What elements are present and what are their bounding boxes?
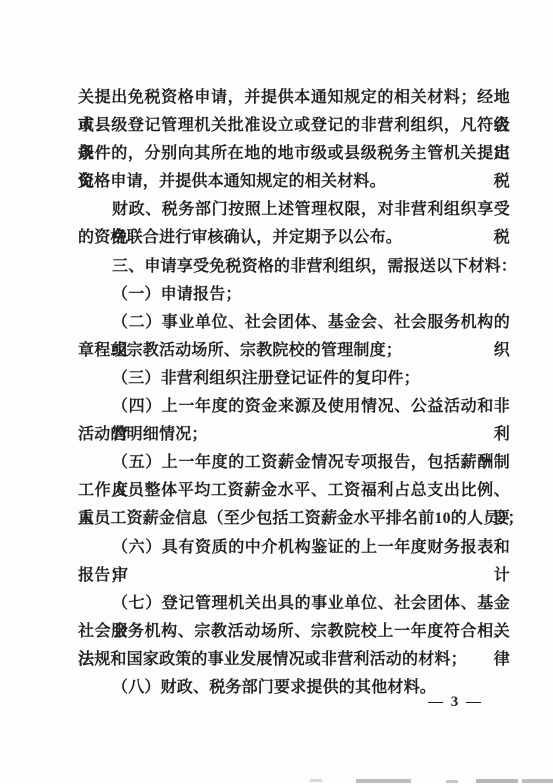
- paragraph: 关提出免税资格申请，并提供本通知规定的相关材料；经地市级或县级登记管理机关批准设…: [78, 84, 510, 196]
- paragraph: （三）非营利组织注册登记证件的复印件；: [78, 365, 510, 393]
- text-line: （一）申请报告；: [78, 281, 510, 309]
- scan-edge-artifact: [476, 779, 518, 783]
- text-line: （六）具有资质的中介机构鉴证的上一年度财务报表和审计: [78, 534, 510, 562]
- text-line: （五）上一年度的工资薪金情况专项报告，包括薪酬制度、: [78, 449, 510, 477]
- text-line: 财政、税务部门按照上述管理权限，对非营利组织享受免税: [78, 196, 510, 224]
- text-line: （三）非营利组织注册登记证件的复印件；: [78, 365, 510, 393]
- text-line: （四）上一年度的资金来源及使用情况、公益活动和非营利: [78, 393, 510, 421]
- paragraph: （六）具有资质的中介机构鉴证的上一年度财务报表和审计报告；: [78, 534, 510, 590]
- paragraph: （一）申请报告；: [78, 281, 510, 309]
- page-number: — 3 —: [428, 694, 483, 711]
- text-line: （二）事业单位、社会团体、基金会、社会服务机构的组织: [78, 309, 510, 337]
- scan-edge-artifact: [310, 779, 322, 782]
- text-line: 人员工资薪金信息（至少包括工资薪金水平排名前10的人员）；: [78, 505, 510, 533]
- paragraph: 三、申请享受免税资格的非营利组织，需报送以下材料：: [78, 253, 510, 281]
- scan-edge-artifact: [446, 780, 458, 783]
- paragraph: （四）上一年度的资金来源及使用情况、公益活动和非营利活动的明细情况；: [78, 393, 510, 449]
- paragraph: 财政、税务部门按照上述管理权限，对非营利组织享受免税的资格联合进行审核确认，并定…: [78, 196, 510, 252]
- text-line: 工作人员整体平均工资薪金水平、工资福利占总支出比例、重要: [78, 477, 510, 505]
- text-line: 法规和国家政策的事业发展情况或非营利活动的材料；: [78, 646, 510, 674]
- text-line: （七）登记管理机关出具的事业单位、社会团体、基金会、: [78, 590, 510, 618]
- text-line: 社会服务机构、宗教活动场所、宗教院校上一年度符合相关法律: [78, 618, 510, 646]
- document-page: 关提出免税资格申请，并提供本通知规定的相关材料；经地市级或县级登记管理机关批准设…: [0, 0, 553, 784]
- paragraph: （二）事业单位、社会团体、基金会、社会服务机构的组织章程或宗教活动场所、宗教院校…: [78, 309, 510, 365]
- document-body: 关提出免税资格申请，并提供本通知规定的相关材料；经地市级或县级登记管理机关批准设…: [78, 84, 510, 702]
- scan-edge-artifact: [522, 779, 553, 783]
- scan-edge-artifact: [356, 779, 411, 783]
- text-line: 关提出免税资格申请，并提供本通知规定的相关材料；经地市级: [78, 84, 510, 112]
- text-line: 条件的，分别向其所在地的地市级或县级税务主管机关提出免税: [78, 140, 510, 168]
- text-line: 三、申请享受免税资格的非营利组织，需报送以下材料：: [78, 253, 510, 281]
- text-line: 或县级登记管理机关批准设立或登记的非营利组织，凡符合规定: [78, 112, 510, 140]
- paragraph: （五）上一年度的工资薪金情况专项报告，包括薪酬制度、工作人员整体平均工资薪金水平…: [78, 449, 510, 533]
- paragraph: （七）登记管理机关出具的事业单位、社会团体、基金会、社会服务机构、宗教活动场所、…: [78, 590, 510, 674]
